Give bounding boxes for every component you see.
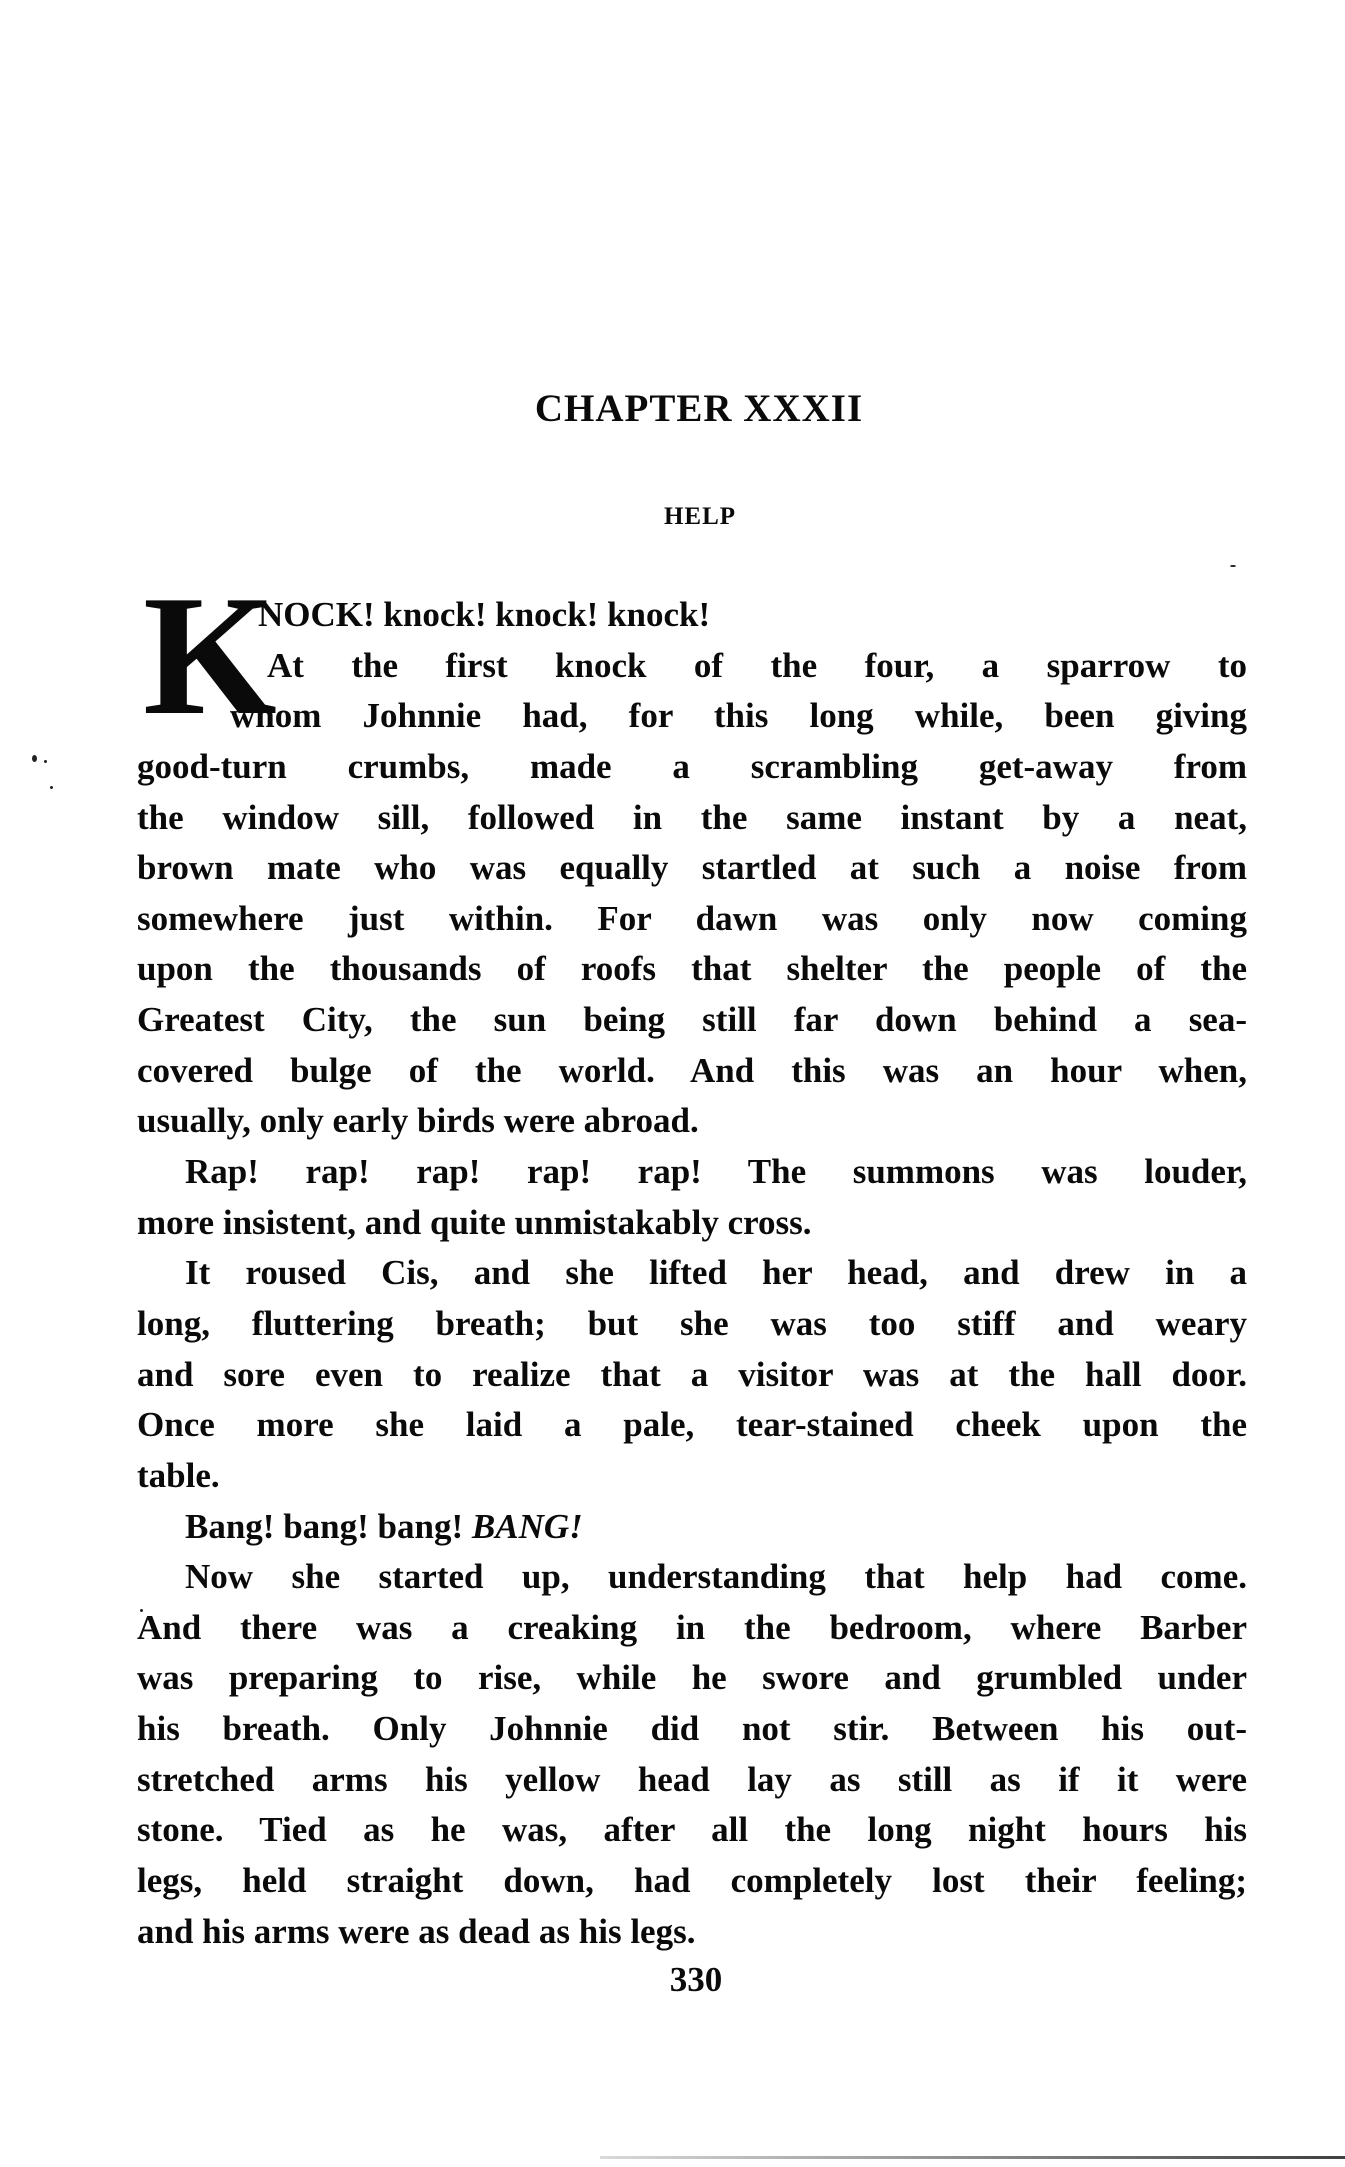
page-number: 330 — [0, 1958, 1345, 2002]
text-line: stretched arms his yellow head lay as st… — [137, 1755, 1247, 1806]
scan-speck — [44, 760, 47, 763]
text-line: his breath. Only Johnnie did not stir. B… — [137, 1704, 1247, 1755]
text-line: brown mate who was equally startled at s… — [137, 843, 1247, 894]
text-line-roman: Bang! bang! bang! — [185, 1507, 472, 1546]
text-line: usually, only early birds were abroad. — [137, 1096, 1247, 1147]
text-line: NOCK! knock! knock! knock! — [137, 590, 1247, 641]
scan-speck — [1230, 565, 1236, 567]
text-line: Once more she laid a pale, tear-stained … — [137, 1400, 1247, 1451]
text-line: and sore even to realize that a visitor … — [137, 1350, 1247, 1401]
scan-speck — [32, 755, 37, 762]
text-line: whom Johnnie had, for this long while, b… — [137, 691, 1247, 742]
text-line: upon the thousands of roofs that shelter… — [137, 944, 1247, 995]
scan-speck — [50, 786, 53, 789]
chapter-subtitle: HELP — [0, 500, 1345, 534]
text-line: legs, held straight down, had completely… — [137, 1856, 1247, 1907]
text-line: was preparing to rise, while he swore an… — [137, 1653, 1247, 1704]
text-line: stone. Tied as he was, after all the lon… — [137, 1805, 1247, 1856]
text-line: Bang! bang! bang! BANG! — [137, 1502, 1247, 1553]
text-line: And there was a creaking in the bedroom,… — [137, 1603, 1247, 1654]
scan-speck — [140, 1609, 143, 1612]
scan-edge-shadow — [600, 2156, 1345, 2159]
text-line: Now she started up, understanding that h… — [137, 1552, 1247, 1603]
text-line: and his arms were as dead as his legs. — [137, 1907, 1247, 1958]
text-line: covered bulge of the world. And this was… — [137, 1046, 1247, 1097]
text-line: somewhere just within. For dawn was only… — [137, 894, 1247, 945]
text-line: the window sill, followed in the same in… — [137, 793, 1247, 844]
text-line: more insistent, and quite unmistakably c… — [137, 1198, 1247, 1249]
chapter-body: NOCK! knock! knock! knock! At the first … — [137, 590, 1247, 1957]
text-line: Rap! rap! rap! rap! rap! The summons was… — [137, 1147, 1247, 1198]
text-line: good-turn crumbs, made a scrambling get-… — [137, 742, 1247, 793]
text-line: It roused Cis, and she lifted her head, … — [137, 1248, 1247, 1299]
text-line: At the first knock of the four, a sparro… — [137, 641, 1247, 692]
text-line: table. — [137, 1451, 1247, 1502]
book-page: CHAPTER XXXII HELP K NOCK! knock! knock!… — [0, 0, 1345, 2167]
text-line: long, fluttering breath; but she was too… — [137, 1299, 1247, 1350]
text-line-italic: BANG! — [472, 1507, 583, 1546]
chapter-heading: CHAPTER XXXII — [0, 384, 1345, 434]
text-line: Greatest City, the sun being still far d… — [137, 995, 1247, 1046]
